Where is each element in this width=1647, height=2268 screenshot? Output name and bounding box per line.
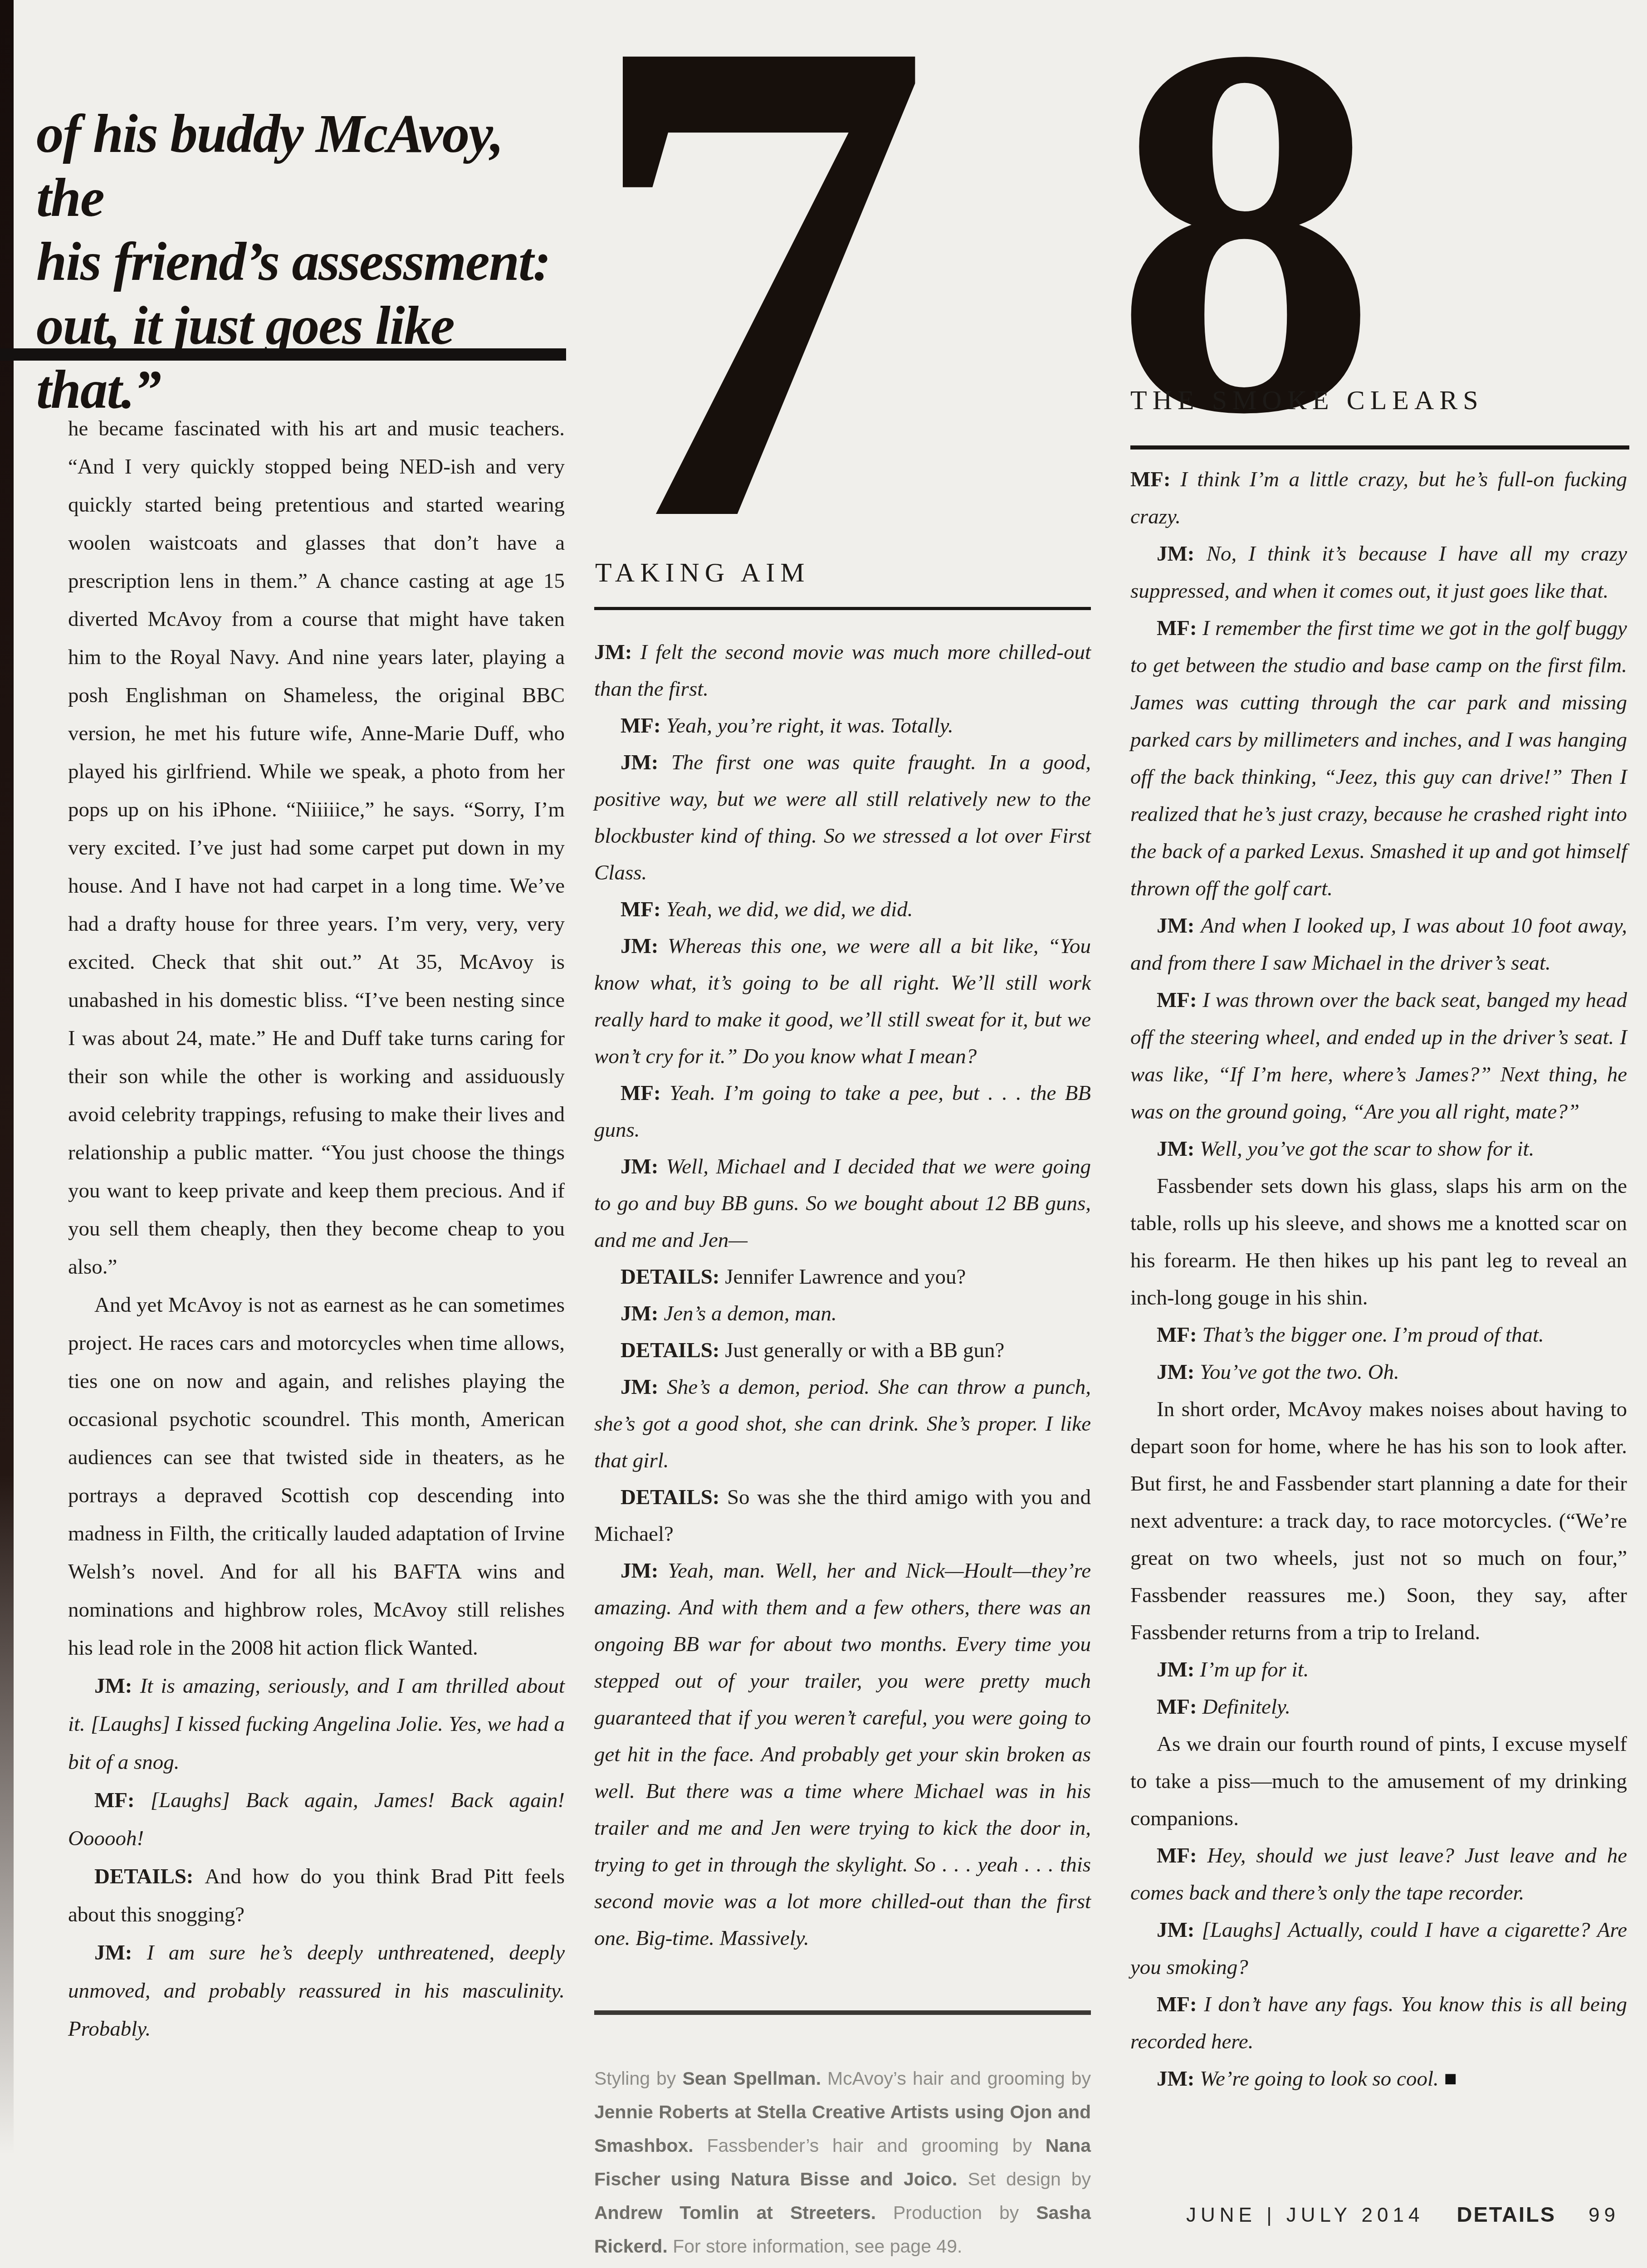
speaker-label: JM: [594,640,640,664]
page-footer: JUNE | JULY 2014 DETAILS 99 [1186,2202,1620,2227]
speaker-label: MF: [1157,1323,1202,1347]
credits-rule [594,2010,1091,2015]
section-number-8: 8 [1114,0,1378,494]
footer-issue-date: JUNE | JULY 2014 [1186,2204,1424,2227]
credits-block: Styling by Sean Spellman. McAvoy’s hair … [594,2062,1091,2263]
section-rule-center [594,607,1091,610]
speaker-label: JM: [1157,914,1201,938]
dialogue-paragraph: JM: [Laughs] Actually, could I have a ci… [1130,1911,1627,1986]
speaker-label: JM: [1157,1918,1202,1942]
speaker-label: JM: [1157,2067,1200,2091]
speaker-label: MF: [621,714,666,738]
pull-quote-rule [0,348,566,361]
speaker-label: MF: [94,1789,151,1812]
section-rule-right [1130,445,1629,450]
section-heading-smoke-clears: THE SMOKE CLEARS [1130,385,1484,416]
section-heading-taking-aim: TAKING AIM [595,557,810,588]
dialogue-paragraph: DETAILS: Jennifer Lawrence and you? [594,1259,1091,1295]
narration-paragraph: As we drain our fourth round of pints, I… [1130,1725,1627,1837]
dialogue-paragraph: MF: Yeah, we did, we did, we did. [594,891,1091,928]
dialogue-paragraph: MF: That’s the bigger one. I’m proud of … [1130,1316,1627,1354]
speaker-label: DETAILS: [621,1339,725,1362]
speaker-label: DETAILS: [621,1486,727,1509]
dialogue-paragraph: MF: Yeah. I’m going to take a pee, but .… [594,1075,1091,1149]
pull-quote: of his buddy McAvoy, the his friend’s as… [36,102,576,422]
end-mark: ■ [1439,2067,1457,2091]
dialogue-paragraph: JM: Jen’s a demon, man. [594,1295,1091,1332]
speaker-label: DETAILS: [621,1265,725,1289]
narration-paragraph: In short order, McAvoy makes noises abou… [1130,1391,1627,1651]
credit-text: Styling by [594,2068,682,2089]
dialogue-paragraph: JM: Well, you’ve got the scar to show fo… [1130,1130,1627,1168]
narration-paragraph: And yet McAvoy is not as earnest as he c… [68,1286,565,1667]
dialogue-paragraph: MF: I think I’m a little crazy, but he’s… [1130,461,1627,535]
credit-name: Andrew Tomlin at Streeters. [594,2202,893,2223]
speaker-label: MF: [621,898,666,921]
speaker-label: MF: [1157,988,1202,1012]
speaker-label: JM: [94,1674,140,1698]
dialogue-paragraph: JM: She’s a demon, period. She can throw… [594,1369,1091,1479]
dialogue-paragraph: MF: I don’t have any fags. You know this… [1130,1986,1627,2060]
credit-text: For store information, see page 49. [673,2236,962,2257]
speaker-label: JM: [1157,542,1207,566]
scan-edge-shadow [0,0,14,2268]
speaker-label: JM: [621,751,671,774]
dialogue-paragraph: MF: Definitely. [1130,1688,1627,1725]
dialogue-paragraph: JM: I’m up for it. [1130,1651,1627,1688]
speaker-label: JM: [94,1941,147,1965]
left-text-column: he became fascinated with his art and mu… [68,410,565,2048]
footer-magazine-name: DETAILS [1456,2202,1556,2227]
dialogue-paragraph: DETAILS: So was she the third amigo with… [594,1479,1091,1553]
dialogue-paragraph: DETAILS: And how do you think Brad Pitt … [68,1857,565,1934]
dialogue-paragraph: JM: Well, Michael and I decided that we … [594,1149,1091,1259]
credit-text: Fassbender’s hair and grooming by [707,2135,1045,2156]
speaker-label: JM: [621,934,668,958]
section-number-7: 7 [583,0,932,628]
speaker-label: DETAILS: [94,1865,205,1888]
speaker-label: JM: [621,1375,667,1399]
narration-paragraph: he became fascinated with his art and mu… [68,410,565,1286]
speaker-label: MF: [1157,1695,1202,1719]
speaker-label: JM: [1157,1360,1200,1384]
dialogue-paragraph: JM: We’re going to look so cool. ■ [1130,2060,1627,2097]
dialogue-paragraph: JM: Yeah, man. Well, her and Nick—Hoult—… [594,1553,1091,1957]
speaker-label: MF: [1157,1844,1207,1867]
dialogue-paragraph: MF: I remember the first time we got in … [1130,610,1627,907]
credit-name: Sean Spellman. [682,2068,827,2089]
center-text-column: JM: I felt the second movie was much mor… [594,634,1091,1957]
dialogue-paragraph: JM: And when I looked up, I was about 10… [1130,907,1627,982]
credit-text: McAvoy’s hair and grooming by [827,2068,1091,2089]
magazine-page: of his buddy McAvoy, the his friend’s as… [0,0,1647,2268]
dialogue-paragraph: MF: Hey, should we just leave? Just leav… [1130,1837,1627,1911]
speaker-label: MF: [621,1081,670,1105]
speaker-label: JM: [621,1559,668,1583]
dialogue-paragraph: JM: You’ve got the two. Oh. [1130,1354,1627,1391]
speaker-label: JM: [1157,1137,1200,1161]
dialogue-paragraph: DETAILS: Just generally or with a BB gun… [594,1332,1091,1369]
dialogue-paragraph: JM: The first one was quite fraught. In … [594,744,1091,891]
speaker-label: MF: [1157,1993,1204,2016]
footer-page-number: 99 [1588,2204,1620,2227]
dialogue-paragraph: MF: Yeah, you’re right, it was. Totally. [594,708,1091,744]
credit-text: Set design by [968,2169,1091,2190]
dialogue-paragraph: JM: I felt the second movie was much mor… [594,634,1091,708]
dialogue-paragraph: JM: It is amazing, seriously, and I am t… [68,1667,565,1781]
dialogue-paragraph: MF: [Laughs] Back again, James! Back aga… [68,1781,565,1857]
dialogue-paragraph: JM: Whereas this one, we were all a bit … [594,928,1091,1075]
right-text-column: MF: I think I’m a little crazy, but he’s… [1130,461,1627,2097]
dialogue-paragraph: JM: I am sure he’s deeply unthreatened, … [68,1934,565,2048]
speaker-label: MF: [1157,616,1202,640]
speaker-label: JM: [1157,1658,1200,1681]
credit-text: Production by [893,2202,1036,2223]
dialogue-paragraph: MF: I was thrown over the back seat, ban… [1130,982,1627,1130]
speaker-label: JM: [621,1302,664,1325]
dialogue-paragraph: JM: No, I think it’s because I have all … [1130,535,1627,610]
speaker-label: JM: [621,1155,666,1178]
speaker-label: MF: [1130,468,1180,491]
narration-paragraph: Fassbender sets down his glass, slaps hi… [1130,1168,1627,1316]
